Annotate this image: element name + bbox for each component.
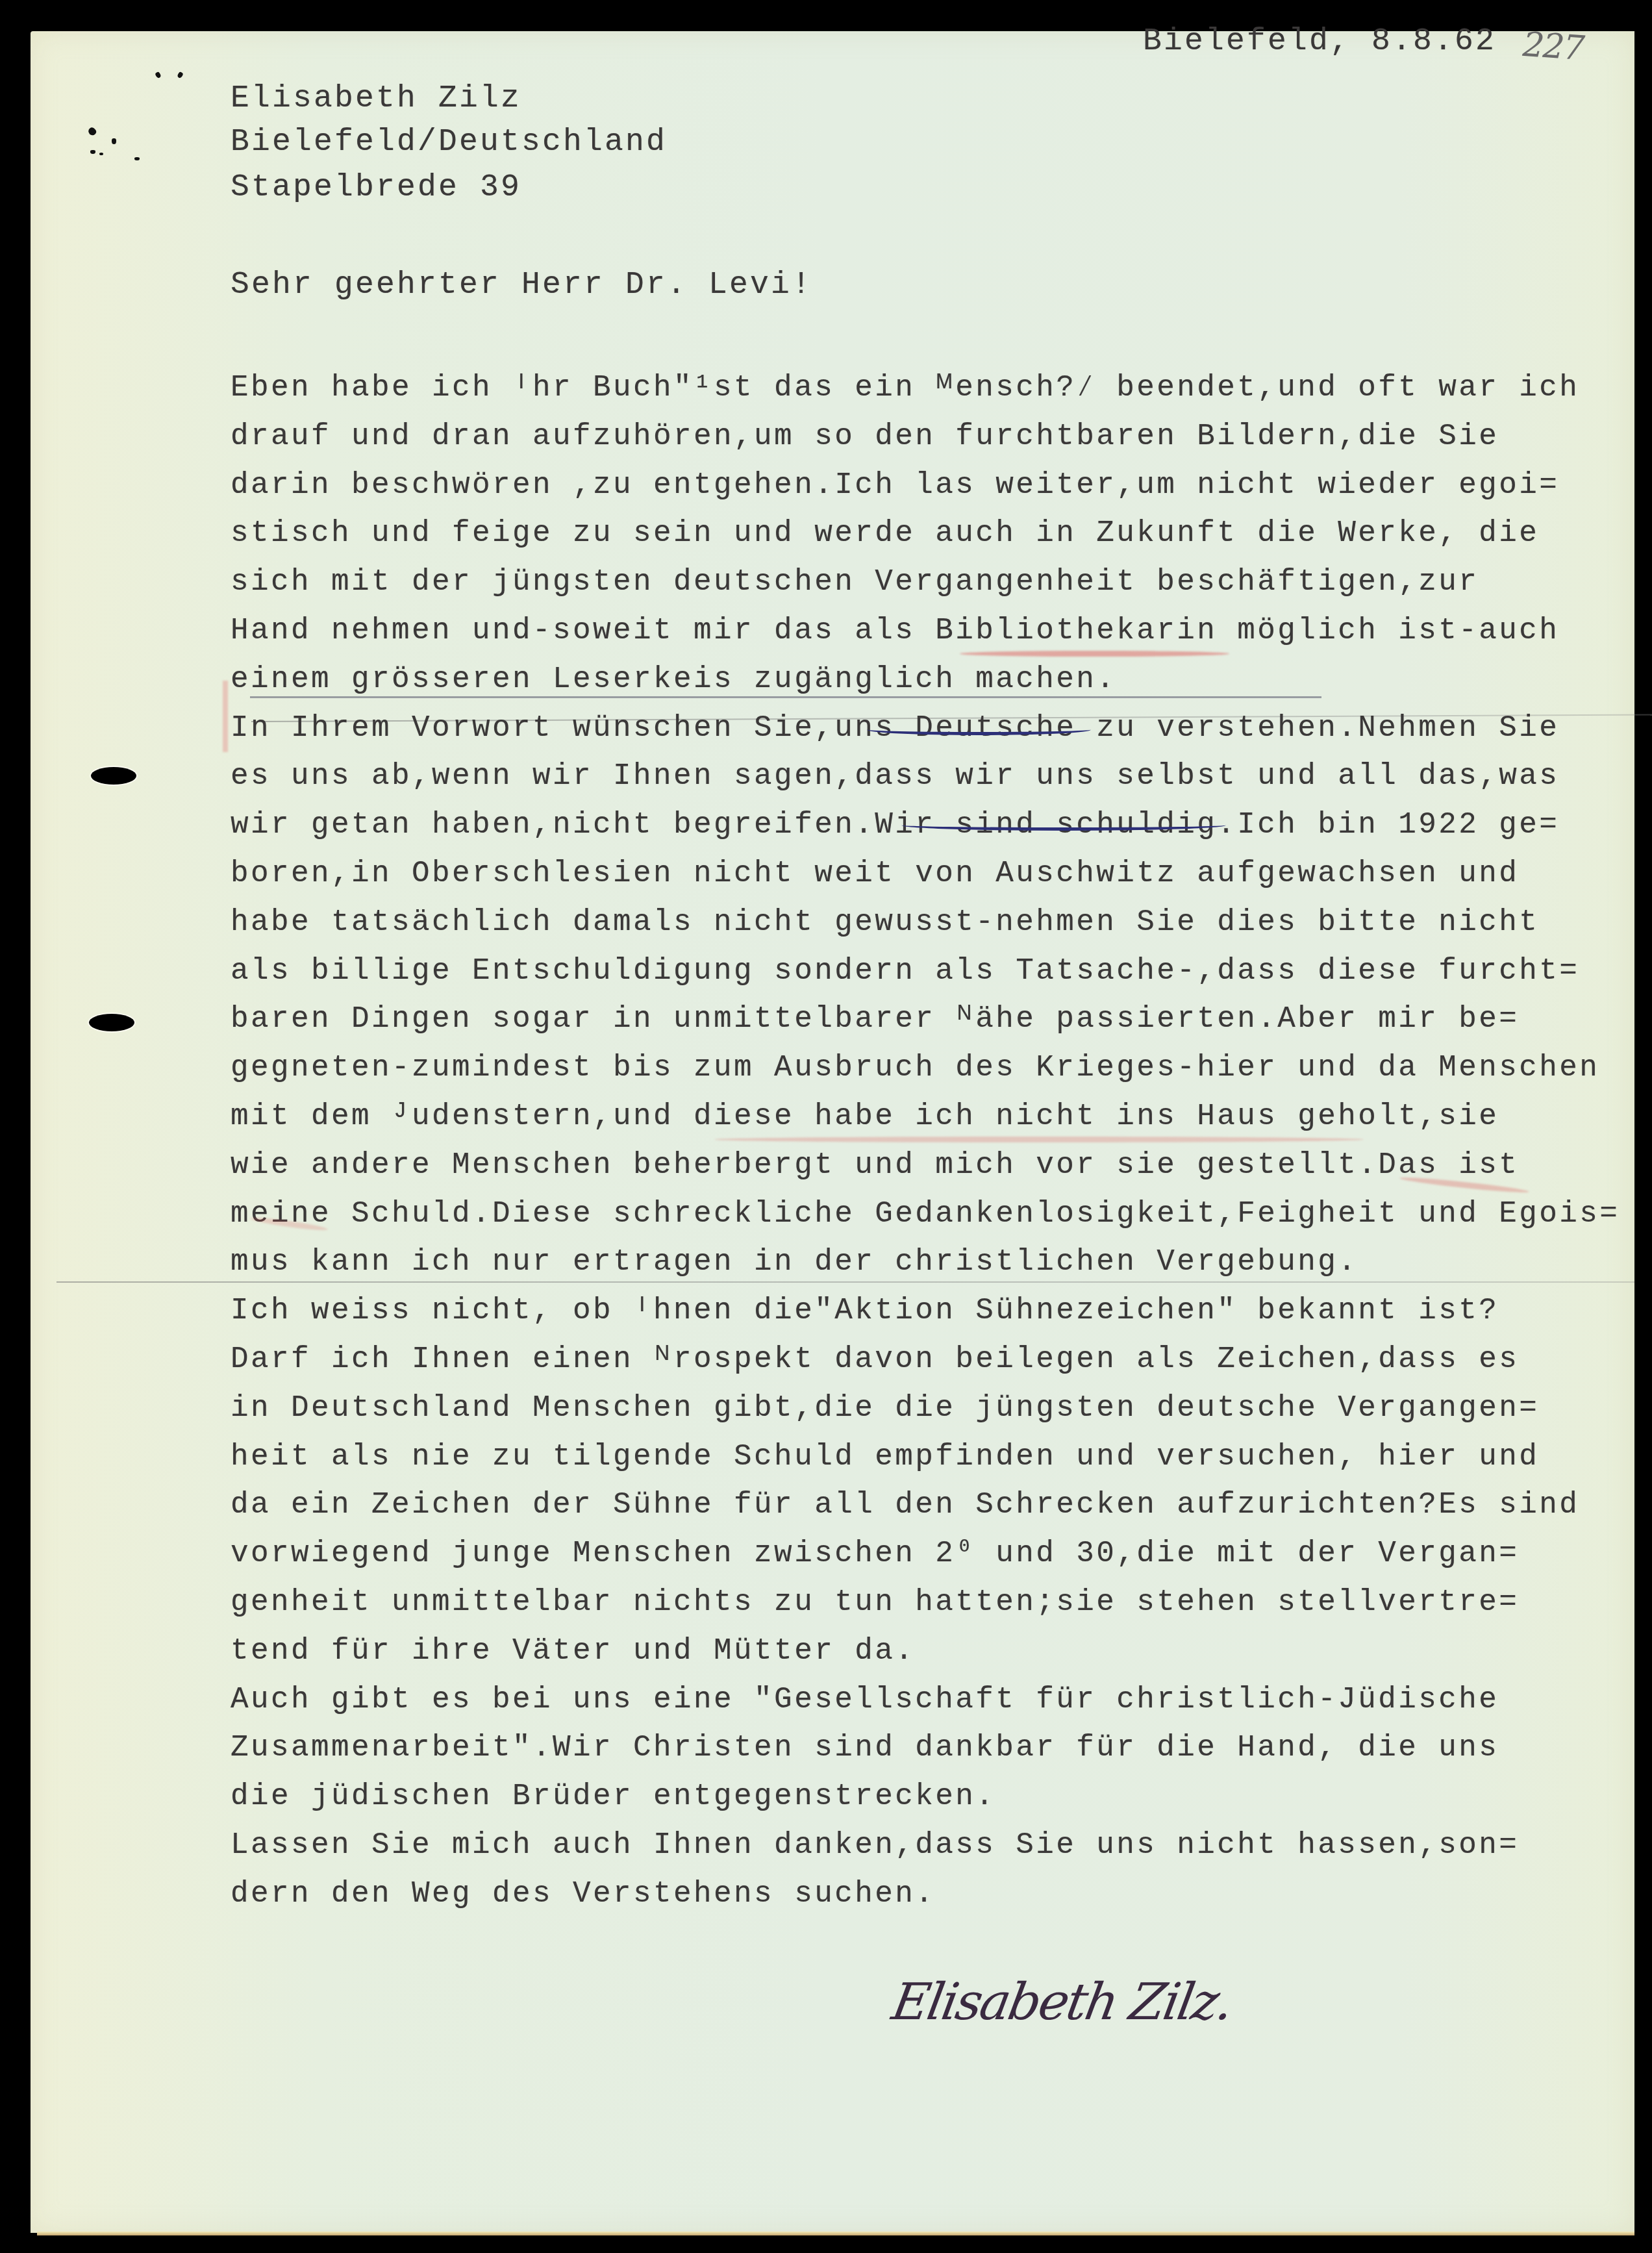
- pin-hole: [155, 71, 162, 79]
- body-line: Ich weiss nicht, ob ᴵhnen die"Aktion Süh…: [231, 1287, 1620, 1335]
- pin-hole: [90, 150, 95, 154]
- red-underline-ins-haus-geholt: [714, 1137, 1364, 1142]
- body-line: darin beschwören ,zu entgehen.Ich las we…: [231, 461, 1620, 510]
- archive-number: 227: [1521, 25, 1584, 68]
- pin-hole: [99, 153, 103, 155]
- sender-name: Elisabeth Zilz: [231, 83, 521, 114]
- pin-hole: [112, 138, 116, 144]
- pin-hole: [87, 126, 97, 136]
- pin-hole: [134, 157, 140, 160]
- body-line: die jüdischen Brüder entgegenstrecken.: [231, 1772, 1620, 1821]
- paper-edge: [37, 2232, 1634, 2235]
- pin-hole: [177, 71, 184, 79]
- body-line: gegneten-zumindest bis zum Ausbruch des …: [231, 1044, 1620, 1092]
- blue-underline-uns-deutsche: [867, 724, 1091, 735]
- body-line: heit als nie zu tilgende Schuld empfinde…: [231, 1433, 1620, 1481]
- body-line: boren,in Oberschlesien nicht weit von Au…: [231, 850, 1620, 898]
- body-line: stisch und feige zu sein und werde auch …: [231, 509, 1620, 558]
- punch-hole-bottom: [89, 1014, 134, 1031]
- body-line: als billige Entschuldigung sondern als T…: [231, 947, 1620, 996]
- scanned-letter: Bielefeld, 8.8.62 227 Elisabeth Zilz Bie…: [0, 0, 1652, 2253]
- body-line: tend für ihre Väter und Mütter da.: [231, 1627, 1620, 1676]
- body-line: sich mit der jüngsten deutschen Vergange…: [231, 558, 1620, 607]
- body-line: Eben habe ich ᴵhr Buch"¹st das ein ᴹensc…: [231, 364, 1620, 412]
- date-line: Bielefeld, 8.8.62: [1143, 26, 1496, 57]
- sender-street: Stapelbrede 39: [231, 172, 521, 203]
- body-line: Lassen Sie mich auch Ihnen danken,dass S…: [231, 1821, 1620, 1870]
- body-line: genheit unmittelbar nichts zu tun hatten…: [231, 1578, 1620, 1627]
- red-underline-bibliothekarin: [960, 651, 1229, 657]
- body-line: Zusammenarbeit".Wir Christen sind dankba…: [231, 1724, 1620, 1772]
- body-line: drauf und dran aufzuhören,um so den furc…: [231, 412, 1620, 461]
- red-margin-mark: [223, 681, 228, 752]
- body-line: Hand nehmen und-soweit mir das als Bibli…: [231, 607, 1620, 655]
- body-line: wie andere Menschen beherbergt und mich …: [231, 1141, 1620, 1190]
- sender-city: Bielefeld/Deutschland: [231, 127, 667, 158]
- body-line: dern den Weg des Verstehens suchen.: [231, 1870, 1620, 1919]
- body-line: in Deutschland Menschen gibt,die die jün…: [231, 1384, 1620, 1433]
- body-line: baren Dingen sogar in unmittelbarer ᴺähe…: [231, 995, 1620, 1044]
- salutation: Sehr geehrter Herr Dr. Levi!: [231, 270, 812, 301]
- blue-underline-wir-sind-schuldig: [901, 820, 1226, 831]
- body-line: es uns ab,wenn wir Ihnen sagen,dass wir …: [231, 752, 1620, 801]
- punch-hole-top: [91, 767, 136, 785]
- body-line: meine Schuld.Diese schreckliche Gedanken…: [231, 1190, 1620, 1239]
- grey-underline-sentence: [250, 696, 1321, 698]
- body-line: mus kann ich nur ertragen in der christl…: [231, 1238, 1620, 1287]
- body-line: da ein Zeichen der Sühne für all den Sch…: [231, 1481, 1620, 1529]
- body-line: Darf ich Ihnen einen ᴺrospekt davon beil…: [231, 1335, 1620, 1384]
- body-line: habe tatsächlich damals nicht gewusst-ne…: [231, 898, 1620, 947]
- body-line: mit dem ᴶudenstern,und diese habe ich ni…: [231, 1092, 1620, 1141]
- handwritten-signature: Elisabeth Zilz.: [888, 1973, 1236, 2032]
- body-line: vorwiegend junge Menschen zwischen 2⁰ un…: [231, 1529, 1620, 1578]
- body-line: Auch gibt es bei uns eine "Gesellschaft …: [231, 1676, 1620, 1724]
